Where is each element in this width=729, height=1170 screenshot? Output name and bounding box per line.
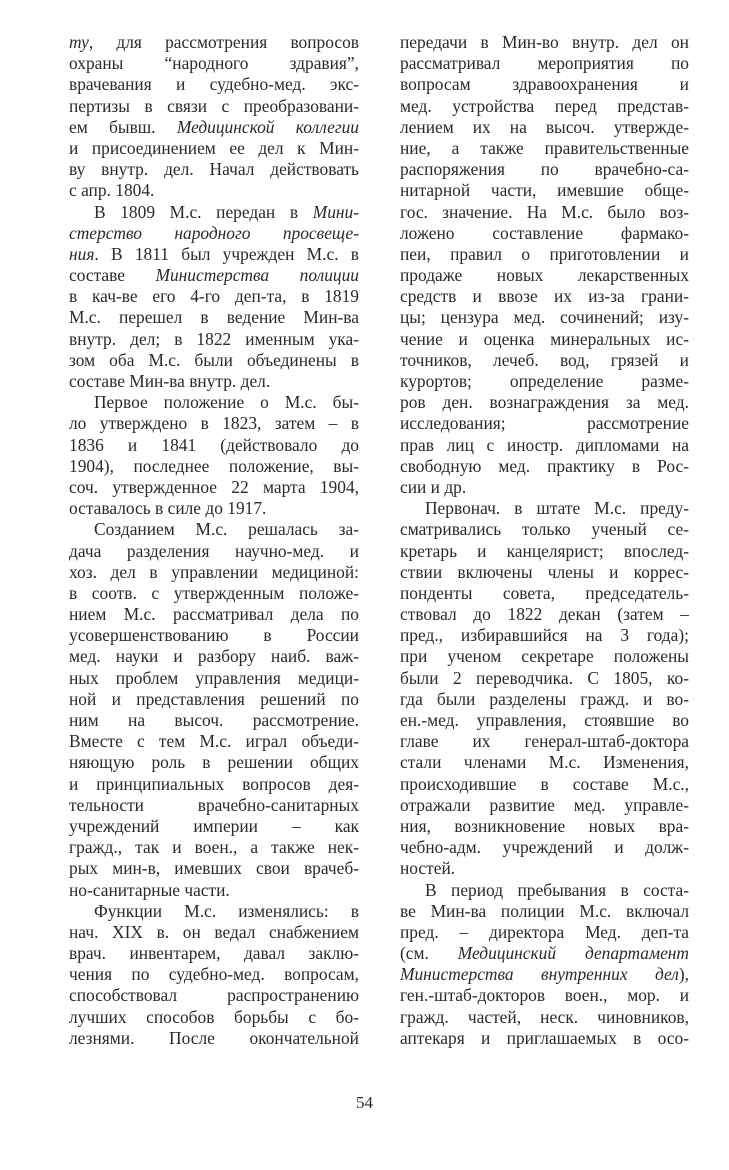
text-line: составе Министерства полиции	[69, 265, 359, 286]
text-line: 1836 и 1841 (действовало до	[69, 435, 359, 456]
text-segment: Первое положение о М.с. бы-	[94, 392, 359, 412]
italic-cross-reference: ту	[69, 32, 89, 52]
text-line: ву внутр. дел. Начал действовать	[69, 159, 359, 180]
text-segment: зом оба М.с. были объединены в	[69, 350, 359, 370]
text-line: лучших способов борьбы с бо-	[69, 1007, 359, 1028]
text-segment: учреждений империи – как	[69, 816, 359, 836]
text-segment: ных проблем управления медици-	[69, 668, 359, 688]
text-line: хоз. дел в управлении медициной:	[69, 562, 359, 583]
text-line: гос. значение. На М.с. было воз-	[400, 202, 689, 223]
text-line: чение и оценка минеральных ис-	[400, 329, 689, 350]
text-segment: кретарь и канцелярист; впослед-	[400, 541, 689, 561]
text-segment: ем бывш.	[69, 117, 177, 137]
text-line: ния. В 1811 был учрежден М.с. в	[69, 244, 359, 265]
text-segment: ров ден. вознаграждения за мед.	[400, 392, 689, 412]
text-segment: 1836 и 1841 (действовало до	[69, 435, 359, 455]
text-segment: . В 1811 был учрежден М.с. в	[94, 244, 359, 264]
text-segment: ствовал до 1822 декан (затем –	[400, 604, 689, 624]
text-segment: чебно-адм. учреждений и долж-	[400, 837, 689, 857]
text-line: ним на высоч. рассмотрение.	[69, 710, 359, 731]
text-line: ген.-штаб-докторов воен., мор. и	[400, 985, 689, 1006]
text-segment: сии и др.	[400, 477, 466, 497]
italic-cross-reference: Министерства внутренних дел	[400, 964, 679, 984]
text-line: вопросам здравоохранения и	[400, 74, 689, 95]
text-segment: чения по судебно-мед. вопросам,	[69, 964, 359, 984]
text-segment: понденты совета, председатель-	[400, 583, 689, 603]
text-segment: врачевания и судебно-мед. экс-	[69, 74, 359, 94]
text-line: свободную мед. практику в Рос-	[400, 456, 689, 477]
text-segment: сматривались только ученый се-	[400, 519, 689, 539]
text-line: ем бывш. Медицинской коллегии	[69, 117, 359, 138]
text-segment: мед. науки и разбору наиб. важ-	[69, 646, 359, 666]
text-line: кретарь и канцелярист; впослед-	[400, 541, 689, 562]
text-segment: при ученом секретаре положены	[400, 646, 689, 666]
text-segment: составе Мин-ва внутр. дел.	[69, 371, 270, 391]
text-segment: были 2 переводчика. С 1805, ко-	[400, 668, 689, 688]
text-line: стерство народного просвеще-	[69, 223, 359, 244]
text-line: чебно-адм. учреждений и долж-	[400, 837, 689, 858]
text-segment: В 1809 М.с. передан в	[94, 202, 313, 222]
text-line: и присоединением ее дел к Мин-	[69, 138, 359, 159]
text-line: понденты совета, председатель-	[400, 583, 689, 604]
text-line: ностей.	[400, 858, 689, 879]
text-line: ров ден. вознаграждения за мед.	[400, 392, 689, 413]
text-segment: усовершенствованию в России	[69, 625, 359, 645]
text-segment: ),	[679, 964, 689, 984]
text-line: отражали развитие мед. управле-	[400, 795, 689, 816]
italic-cross-reference: стерство народного просвеще-	[69, 223, 359, 243]
text-line: аптекаря и приглашаемых в осо-	[400, 1028, 689, 1049]
right-text-column: передачи в Мин-во внутр. дел онрассматри…	[400, 32, 689, 1049]
text-line: чения по судебно-мед. вопросам,	[69, 964, 359, 985]
text-line: и принципиальных вопросов дея-	[69, 774, 359, 795]
text-line: стали членами М.с. Изменения,	[400, 752, 689, 773]
text-line: при ученом секретаре положены	[400, 646, 689, 667]
text-line: в кач-ве его 4-го деп-та, в 1819	[69, 286, 359, 307]
text-line: охраны “народного здравия”,	[69, 53, 359, 74]
text-line: В период пребывания в соста-	[400, 880, 689, 901]
text-segment: составе	[69, 265, 156, 285]
text-segment: цы; цензура мед. сочинений; изу-	[400, 307, 689, 327]
italic-cross-reference: Медицинской коллегии	[177, 117, 359, 137]
text-segment: мед. устройства перед представ-	[400, 96, 689, 116]
text-line: Министерства внутренних дел),	[400, 964, 689, 985]
italic-cross-reference: ния	[69, 244, 94, 264]
document-page: ту, для рассмотрения вопросовохраны “нар…	[0, 0, 729, 1170]
text-line: способствовал распространению	[69, 985, 359, 1006]
italic-cross-reference: Мини-	[313, 202, 359, 222]
text-segment: лезнями. После окончательной	[69, 1028, 359, 1048]
text-segment: В период пребывания в соста-	[425, 880, 689, 900]
text-line: Вместе с тем М.с. играл объеди-	[69, 731, 359, 752]
text-segment: оставалось в силе до 1917.	[69, 498, 266, 518]
text-line: цы; цензура мед. сочинений; изу-	[400, 307, 689, 328]
text-line: ту, для рассмотрения вопросов	[69, 32, 359, 53]
text-line: тельности врачебно-санитарных	[69, 795, 359, 816]
text-segment: ние, а также правительственные	[400, 138, 689, 158]
text-segment: пертизы в связи с преобразовани-	[69, 96, 359, 116]
text-segment: внутр. дел; в 1822 именным ука-	[69, 329, 359, 349]
text-line: Первое положение о М.с. бы-	[69, 392, 359, 413]
text-segment: соч. утвержденное 22 марта 1904,	[69, 477, 359, 497]
text-segment: отражали развитие мед. управле-	[400, 795, 689, 815]
text-segment: няющую роль в решении общих	[69, 752, 359, 772]
text-segment: чение и оценка минеральных ис-	[400, 329, 689, 349]
text-line: ве Мин-ва полиции М.с. включал	[400, 901, 689, 922]
text-segment: ложено составление фармако-	[400, 223, 689, 243]
text-line: происходившие в составе М.с.,	[400, 774, 689, 795]
text-segment: нием М.с. рассматривал дела по	[69, 604, 359, 624]
text-line: Функции М.с. изменялись: в	[69, 901, 359, 922]
text-segment: нач. XIX в. он ведал снабжением	[69, 922, 359, 942]
text-segment: в соотв. с утвержденным положе-	[69, 583, 359, 603]
text-segment: Первонач. в штате М.с. преду-	[425, 498, 689, 518]
text-line: няющую роль в решении общих	[69, 752, 359, 773]
text-line: усовершенствованию в России	[69, 625, 359, 646]
text-line: но-санитарные части.	[69, 880, 359, 901]
text-line: соч. утвержденное 22 марта 1904,	[69, 477, 359, 498]
text-segment: гражд., так и воен., а также нек-	[69, 837, 359, 857]
text-line: 1904), последнее положение, вы-	[69, 456, 359, 477]
text-line: пред. – директора Мед. деп-та	[400, 922, 689, 943]
text-segment: ен.-мед. управления, стоявшие во	[400, 710, 689, 730]
text-line: прав лиц с иностр. дипломами на	[400, 435, 689, 456]
text-segment: Вместе с тем М.с. играл объеди-	[69, 731, 359, 751]
text-line: пред., избиравшийся на 3 года);	[400, 625, 689, 646]
italic-cross-reference: Медицинский департамент	[458, 943, 689, 963]
text-line: ствовал до 1822 декан (затем –	[400, 604, 689, 625]
text-line: рых мин-в, имевших свои врачеб-	[69, 858, 359, 879]
text-segment: М.с. перешел в ведение Мин-ва	[69, 307, 359, 327]
text-segment: гос. значение. На М.с. было воз-	[400, 202, 689, 222]
text-line: нием М.с. рассматривал дела по	[69, 604, 359, 625]
text-line: (см. Медицинский департамент	[400, 943, 689, 964]
text-line: мед. науки и разбору наиб. важ-	[69, 646, 359, 667]
text-line: нач. XIX в. он ведал снабжением	[69, 922, 359, 943]
text-segment: врач. инвентарем, давал заклю-	[69, 943, 359, 963]
text-segment: с апр. 1804.	[69, 180, 154, 200]
text-line: исследования; рассмотрение	[400, 413, 689, 434]
text-segment: дача разделения научно-мед. и	[69, 541, 359, 561]
text-line: передачи в Мин-во внутр. дел он	[400, 32, 689, 53]
text-segment: ним на высоч. рассмотрение.	[69, 710, 359, 730]
text-line: ной и представления решений по	[69, 689, 359, 710]
text-segment: распоряжения по врачебно-са-	[400, 159, 689, 179]
text-segment: ния, возникновение новых вра-	[400, 816, 689, 836]
text-line: М.с. перешел в ведение Мин-ва	[69, 307, 359, 328]
text-line: в соотв. с утвержденным положе-	[69, 583, 359, 604]
text-segment: ностей.	[400, 858, 455, 878]
text-line: сии и др.	[400, 477, 689, 498]
text-segment: прав лиц с иностр. дипломами на	[400, 435, 689, 455]
text-line: главе их генерал-штаб-доктора	[400, 731, 689, 752]
text-segment: аптекаря и приглашаемых в осо-	[400, 1028, 689, 1048]
text-segment: главе их генерал-штаб-доктора	[400, 731, 689, 751]
text-line: В 1809 М.с. передан в Мини-	[69, 202, 359, 223]
text-segment: передачи в Мин-во внутр. дел он	[400, 32, 689, 52]
text-line: пертизы в связи с преобразовани-	[69, 96, 359, 117]
text-line: Созданием М.с. решалась за-	[69, 519, 359, 540]
page-number: 54	[0, 1093, 729, 1113]
text-line: нитарной части, имевшие обще-	[400, 180, 689, 201]
text-segment: ствии включены члены и коррес-	[400, 562, 689, 582]
text-line: гражд., так и воен., а также нек-	[69, 837, 359, 858]
text-segment: гражд. частей, неск. чиновников,	[400, 1007, 689, 1027]
text-line: лением их на высоч. утвержде-	[400, 117, 689, 138]
text-segment: свободную мед. практику в Рос-	[400, 456, 689, 476]
text-line: гда были разделены гражд. и во-	[400, 689, 689, 710]
text-line: врачевания и судебно-мед. экс-	[69, 74, 359, 95]
text-line: ствии включены члены и коррес-	[400, 562, 689, 583]
italic-cross-reference: Министерства полиции	[156, 265, 360, 285]
text-line: ния, возникновение новых вра-	[400, 816, 689, 837]
text-line: пеи, правил о приготовлении и	[400, 244, 689, 265]
text-line: продаже новых лекарственных	[400, 265, 689, 286]
text-segment: курортов; определение разме-	[400, 371, 689, 391]
text-line: ложено составление фармако-	[400, 223, 689, 244]
text-segment: средств и ввозе их из-за грани-	[400, 286, 689, 306]
text-line: мед. устройства перед представ-	[400, 96, 689, 117]
text-segment: но-санитарные части.	[69, 880, 230, 900]
text-line: оставалось в силе до 1917.	[69, 498, 359, 519]
text-segment: ло утверждено в 1823, затем – в	[69, 413, 359, 433]
text-segment: охраны “народного здравия”,	[69, 53, 359, 73]
text-segment: точников, лечеб. вод, грязей и	[400, 350, 689, 370]
text-segment: рых мин-в, имевших свои врачеб-	[69, 858, 359, 878]
text-segment: пеи, правил о приготовлении и	[400, 244, 689, 264]
text-line: врач. инвентарем, давал заклю-	[69, 943, 359, 964]
text-segment: тельности врачебно-санитарных	[69, 795, 359, 815]
text-line: зом оба М.с. были объединены в	[69, 350, 359, 371]
text-segment: (см.	[400, 943, 458, 963]
text-segment: Функции М.с. изменялись: в	[94, 901, 359, 921]
text-segment: гда были разделены гражд. и во-	[400, 689, 689, 709]
text-segment: , для рассмотрения вопросов	[89, 32, 359, 52]
text-line: ние, а также правительственные	[400, 138, 689, 159]
text-line: ен.-мед. управления, стоявшие во	[400, 710, 689, 731]
text-segment: вопросам здравоохранения и	[400, 74, 689, 94]
text-line: были 2 переводчика. С 1805, ко-	[400, 668, 689, 689]
text-segment: способствовал распространению	[69, 985, 359, 1005]
text-line: ло утверждено в 1823, затем – в	[69, 413, 359, 434]
text-line: лезнями. После окончательной	[69, 1028, 359, 1049]
text-segment: ве Мин-ва полиции М.с. включал	[400, 901, 689, 921]
text-segment: нитарной части, имевшие обще-	[400, 180, 689, 200]
text-line: курортов; определение разме-	[400, 371, 689, 392]
text-segment: рассматривал мероприятия по	[400, 53, 689, 73]
text-line: рассматривал мероприятия по	[400, 53, 689, 74]
text-line: точников, лечеб. вод, грязей и	[400, 350, 689, 371]
text-line: внутр. дел; в 1822 именным ука-	[69, 329, 359, 350]
text-segment: стали членами М.с. Изменения,	[400, 752, 689, 772]
text-line: средств и ввозе их из-за грани-	[400, 286, 689, 307]
text-segment: ной и представления решений по	[69, 689, 359, 709]
text-segment: ген.-штаб-докторов воен., мор. и	[400, 985, 689, 1005]
text-segment: пред. – директора Мед. деп-та	[400, 922, 689, 942]
text-line: гражд. частей, неск. чиновников,	[400, 1007, 689, 1028]
text-segment: в кач-ве его 4-го деп-та, в 1819	[69, 286, 359, 306]
text-segment: происходившие в составе М.с.,	[400, 774, 689, 794]
text-segment: пред., избиравшийся на 3 года);	[400, 625, 689, 645]
text-line: дача разделения научно-мед. и	[69, 541, 359, 562]
text-segment: и присоединением ее дел к Мин-	[69, 138, 359, 158]
text-line: составе Мин-ва внутр. дел.	[69, 371, 359, 392]
text-line: Первонач. в штате М.с. преду-	[400, 498, 689, 519]
text-segment: лением их на высоч. утвержде-	[400, 117, 689, 137]
text-segment: продаже новых лекарственных	[400, 265, 689, 285]
text-line: с апр. 1804.	[69, 180, 359, 201]
text-line: учреждений империи – как	[69, 816, 359, 837]
text-line: ных проблем управления медици-	[69, 668, 359, 689]
text-segment: хоз. дел в управлении медициной:	[69, 562, 359, 582]
text-segment: Созданием М.с. решалась за-	[94, 519, 359, 539]
text-segment: исследования; рассмотрение	[400, 413, 689, 433]
left-text-column: ту, для рассмотрения вопросовохраны “нар…	[69, 32, 359, 1049]
text-segment: 1904), последнее положение, вы-	[69, 456, 359, 476]
text-line: сматривались только ученый се-	[400, 519, 689, 540]
text-segment: и принципиальных вопросов дея-	[69, 774, 359, 794]
text-segment: ву внутр. дел. Начал действовать	[69, 159, 359, 179]
text-segment: лучших способов борьбы с бо-	[69, 1007, 359, 1027]
text-line: распоряжения по врачебно-са-	[400, 159, 689, 180]
